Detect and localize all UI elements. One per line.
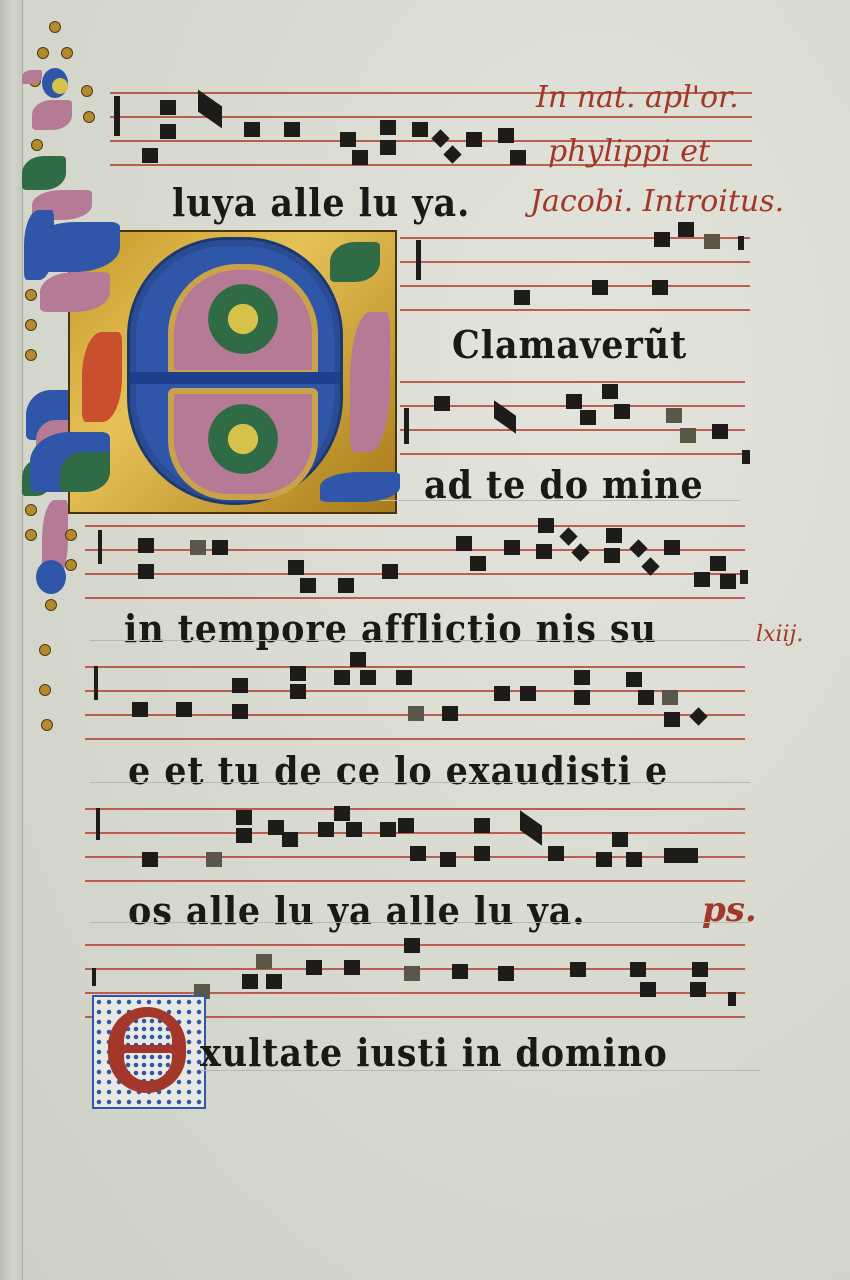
lyric-line-5: e et tu de ce lo exaudisti e (128, 748, 668, 793)
illuminated-initial-small (92, 995, 206, 1109)
ruling-line (90, 782, 750, 783)
lyric-line-4: in tempore afflictio nis su (124, 606, 657, 651)
staff-3 (400, 381, 745, 455)
folio-number: lxiij. (756, 622, 803, 647)
illuminated-initial-large (68, 230, 397, 514)
ruling-line (380, 500, 740, 501)
lyric-line-2: Clamaverũt (452, 322, 687, 367)
lyric-line-6: os alle lu ya alle lu ya. (128, 888, 585, 933)
ruling-line (90, 922, 750, 923)
manuscript-page: In nat. apl'or. phylippi et Jacobi. Intr… (0, 0, 850, 1280)
lyric-line-7: xultate iusti in domino (200, 1030, 668, 1075)
rubric-line-1: In nat. apl'or. (536, 80, 739, 115)
ruling-line (90, 640, 750, 641)
staff-6 (85, 808, 745, 882)
binding-gutter (0, 0, 23, 1280)
ruling-line (200, 1070, 760, 1071)
rubric-line-2: phylippi et (548, 134, 710, 169)
initial-letter-e (130, 240, 340, 502)
initial-letter-e-small (108, 1007, 186, 1093)
psalm-marker: ps. (702, 890, 757, 930)
lyric-line-1: luya alle lu ya. (172, 180, 470, 225)
staff-2 (400, 237, 750, 311)
rubric-line-3: Jacobi. Introitus. (530, 184, 784, 219)
